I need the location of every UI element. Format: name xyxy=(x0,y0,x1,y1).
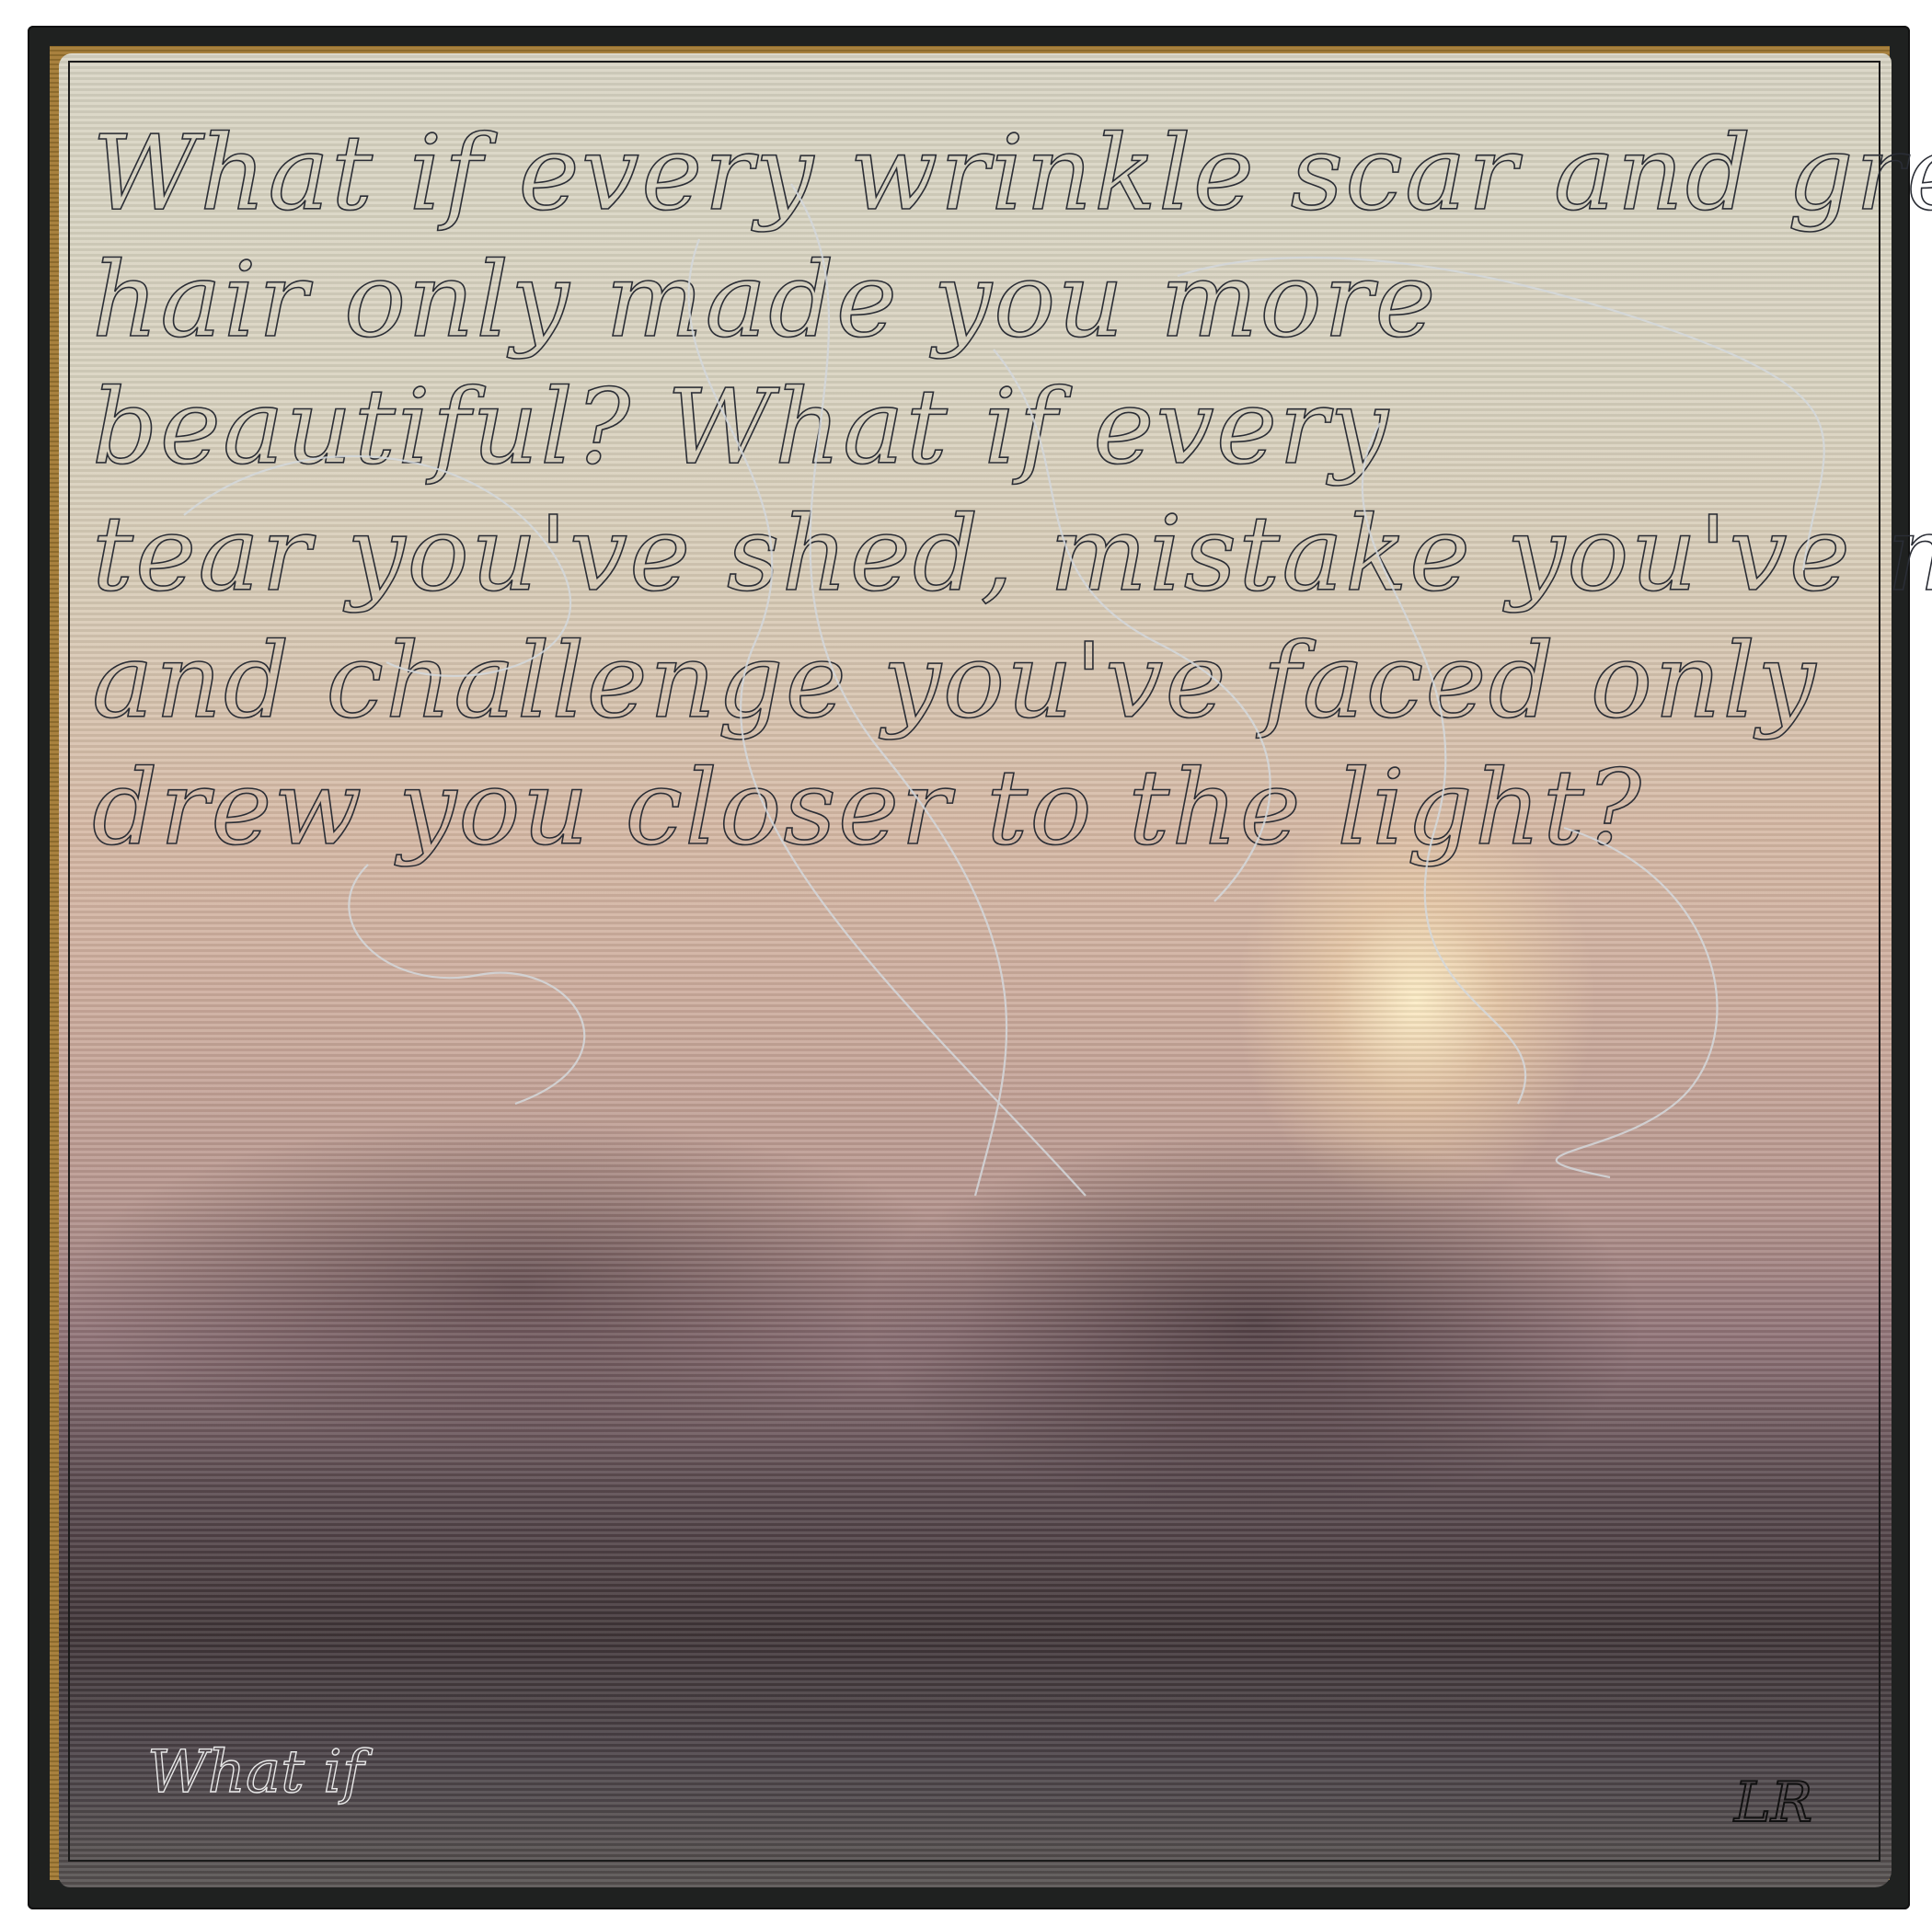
poem-line: and challenge you've faced only xyxy=(92,618,1803,745)
stitched-poem: What if every wrinkle scar and grey hair… xyxy=(92,110,1803,872)
poem-line: tear you've shed, mistake you've made xyxy=(92,491,1803,618)
poem-line: What if every wrinkle scar and grey xyxy=(92,110,1803,237)
stitched-caption: What if xyxy=(147,1738,363,1806)
poem-line: beautiful? What if every xyxy=(92,364,1803,491)
poem-line: hair only made you more xyxy=(92,237,1803,364)
poem-line: drew you closer to the light? xyxy=(92,745,1803,872)
artist-signature: LR xyxy=(1734,1771,1812,1835)
